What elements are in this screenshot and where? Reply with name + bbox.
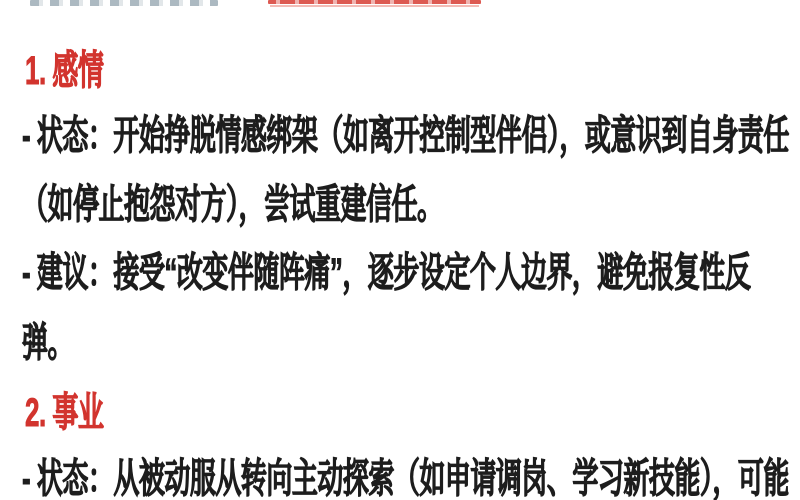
cropped-top-text-remnant <box>30 0 218 6</box>
section-1-status-line-1: - 状态：开始挣脱情感绑架（如离开控制型伴侣），或意识到自身责任 <box>22 115 789 155</box>
section-2-status-line-1: - 状态：从被动服从转向主动探索（如申请调岗、学习新技能），可能 <box>22 458 789 498</box>
cropped-top-highlight-remnant <box>268 0 481 7</box>
document-page: 1. 感情 - 状态：开始挣脱情感绑架（如离开控制型伴侣），或意识到自身责任 （… <box>0 0 800 500</box>
section-1-status-line-2: （如停止抱怨对方），尝试重建信任。 <box>22 184 443 224</box>
section-1-advice-line-2: 弹。 <box>22 322 73 362</box>
section-2-heading: 2. 事业 <box>25 392 103 432</box>
section-1-heading: 1. 感情 <box>25 50 103 90</box>
section-1-advice-line-1: - 建议：接受“改变伴随阵痛”，逐步设定个人边界，避免报复性反 <box>22 252 750 292</box>
